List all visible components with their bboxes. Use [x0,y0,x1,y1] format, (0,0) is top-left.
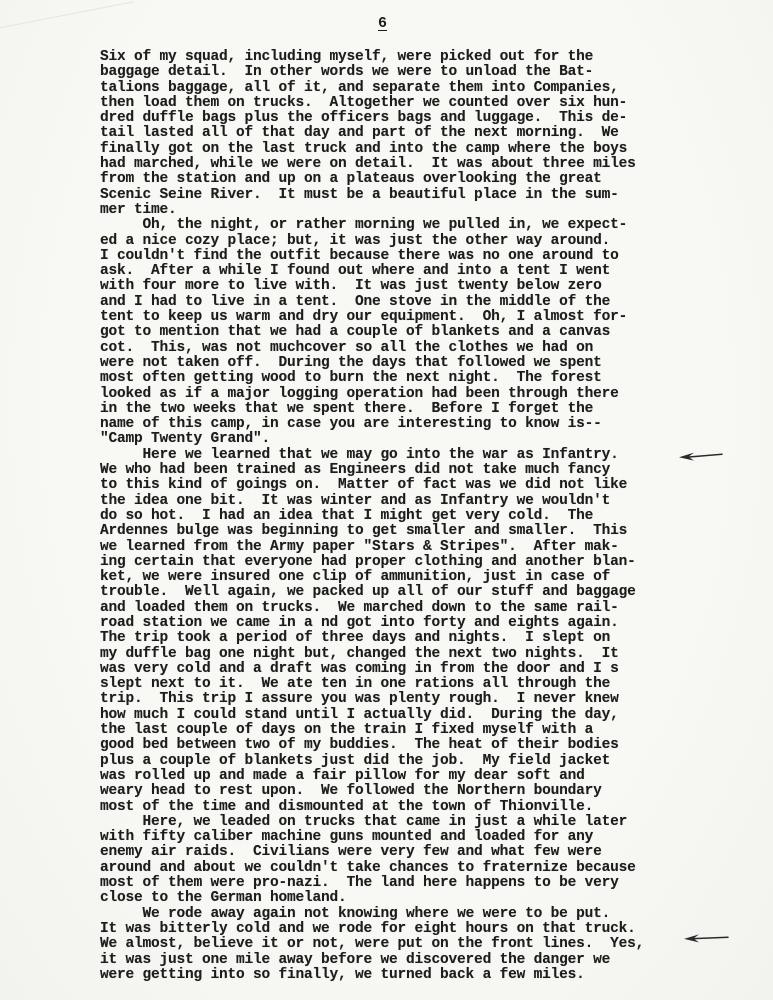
paragraph-front-lines: We rode away again not knowing where we … [100,907,685,983]
paragraph-camp-twenty-grand: Oh, the night, or rather morning we pull… [100,218,685,447]
margin-left-arrow-icon [678,450,724,463]
page-number-value: 6 [375,15,390,32]
page-number: 6 [100,15,665,32]
paragraph-thionville-trucks: Here, we leaded on trucks that came in j… [100,815,685,907]
margin-left-arrow-icon [683,932,729,945]
scanned-document-page: 6 Six of my squad, including myself, wer… [0,0,773,1000]
paragraph-infantry-train-trip: Here we learned that we may go into the … [100,448,685,815]
paragraph-baggage-detail: Six of my squad, including myself, were … [100,50,685,218]
typewritten-body: Six of my squad, including myself, were … [100,50,685,983]
